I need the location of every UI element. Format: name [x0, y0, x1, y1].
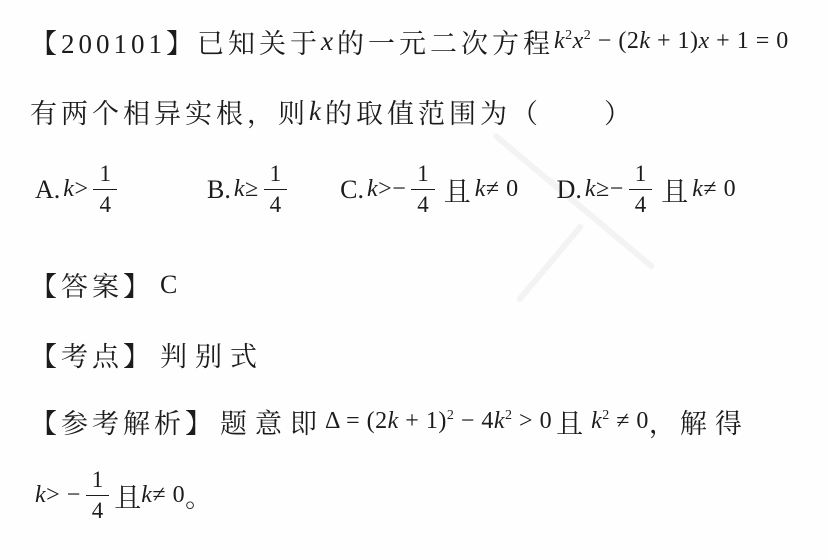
stem-pre: 有两个相异实根，则	[30, 92, 309, 131]
option-d-neq: ≠ 0	[703, 176, 736, 203]
option-c-sign: −	[392, 176, 406, 203]
answer-line: 【答案】 C	[30, 265, 178, 304]
option-d-var2: k	[692, 176, 703, 203]
exam-problem-page: 【200101】已知关于 x 的一元二次方程k2x2 − (2k + 1)x +…	[0, 0, 828, 560]
option-a-var: k	[63, 176, 74, 203]
option-b-label: B.	[207, 175, 231, 205]
conclusion-period: 。	[185, 476, 216, 515]
conclusion-line: k > − 14 且 k ≠ 0 。	[35, 468, 216, 523]
analysis-tail: 解得	[680, 402, 750, 441]
option-c-var: k	[367, 176, 378, 203]
option-c-label: C.	[340, 175, 364, 205]
option-c-fraction: 14	[411, 162, 435, 217]
option-d-var: k	[585, 176, 596, 203]
option-c-and: 且	[444, 170, 471, 209]
option-c: C. k > − 14 且 k ≠ 0	[340, 162, 518, 217]
analysis-lead: 题意即	[220, 402, 325, 441]
option-d-relation: ≥	[596, 176, 610, 203]
conclusion-relation: > −	[46, 482, 81, 509]
conclusion-var2: k	[141, 482, 152, 509]
analysis-and: 且	[556, 402, 587, 441]
topic-value: 判别式	[160, 335, 265, 374]
conclusion-and: 且	[114, 476, 141, 515]
options-row: A. k > 14 B. k ≥ 14 C. k > − 14 且 k ≠ 0 …	[35, 162, 736, 217]
conclusion-var: k	[35, 482, 46, 509]
option-d: D. k ≥ − 14 且 k ≠ 0	[557, 162, 736, 217]
conclusion-neq: ≠ 0	[152, 482, 185, 509]
analysis-math: Δ = (2k + 1)2 − 4k2 > 0	[325, 408, 552, 435]
option-c-var2: k	[475, 176, 486, 203]
option-d-sign: −	[610, 176, 624, 203]
topic-line: 【考点】 判别式	[30, 335, 265, 374]
problem-id-and-stem: 【200101】已知关于	[30, 22, 321, 61]
stem-mid: 的一元二次方程	[337, 22, 554, 61]
topic-tag: 【考点】	[30, 335, 154, 374]
equation: k2x2 − (2k + 1)x + 1 = 0	[554, 28, 789, 55]
var-x: x	[321, 26, 337, 57]
problem-stem-line1: 【200101】已知关于 x 的一元二次方程k2x2 − (2k + 1)x +…	[30, 22, 789, 61]
option-d-fraction: 14	[629, 162, 653, 217]
problem-stem-line2: 有两个相异实根，则 k 的取值范围为（ ）	[30, 92, 635, 131]
answer-value: C	[160, 270, 178, 300]
analysis-line: 【参考解析】题意即 Δ = (2k + 1)2 − 4k2 > 0 且 k2 ≠…	[30, 402, 750, 441]
option-b-relation: ≥	[245, 176, 259, 203]
answer-tag: 【答案】	[30, 265, 154, 304]
option-c-relation: >	[378, 176, 392, 203]
stem-post: 的取值范围为（ ）	[325, 92, 635, 131]
analysis-comma: ，	[649, 402, 680, 441]
option-a-label: A.	[35, 175, 60, 205]
option-a-fraction: 14	[93, 162, 117, 217]
option-a-relation: >	[74, 176, 88, 203]
analysis-tag: 【参考解析】	[30, 402, 216, 441]
option-d-and: 且	[661, 170, 688, 209]
option-a: A. k > 14	[35, 162, 122, 217]
option-b-fraction: 14	[264, 162, 288, 217]
conclusion-fraction: 14	[86, 468, 110, 523]
option-b: B. k ≥ 14	[207, 162, 292, 217]
analysis-math2: k2 ≠ 0	[591, 408, 649, 435]
option-b-var: k	[234, 176, 245, 203]
watermark-stroke	[516, 223, 585, 303]
var-k: k	[309, 96, 325, 127]
option-c-neq: ≠ 0	[486, 176, 519, 203]
option-d-label: D.	[557, 175, 582, 205]
